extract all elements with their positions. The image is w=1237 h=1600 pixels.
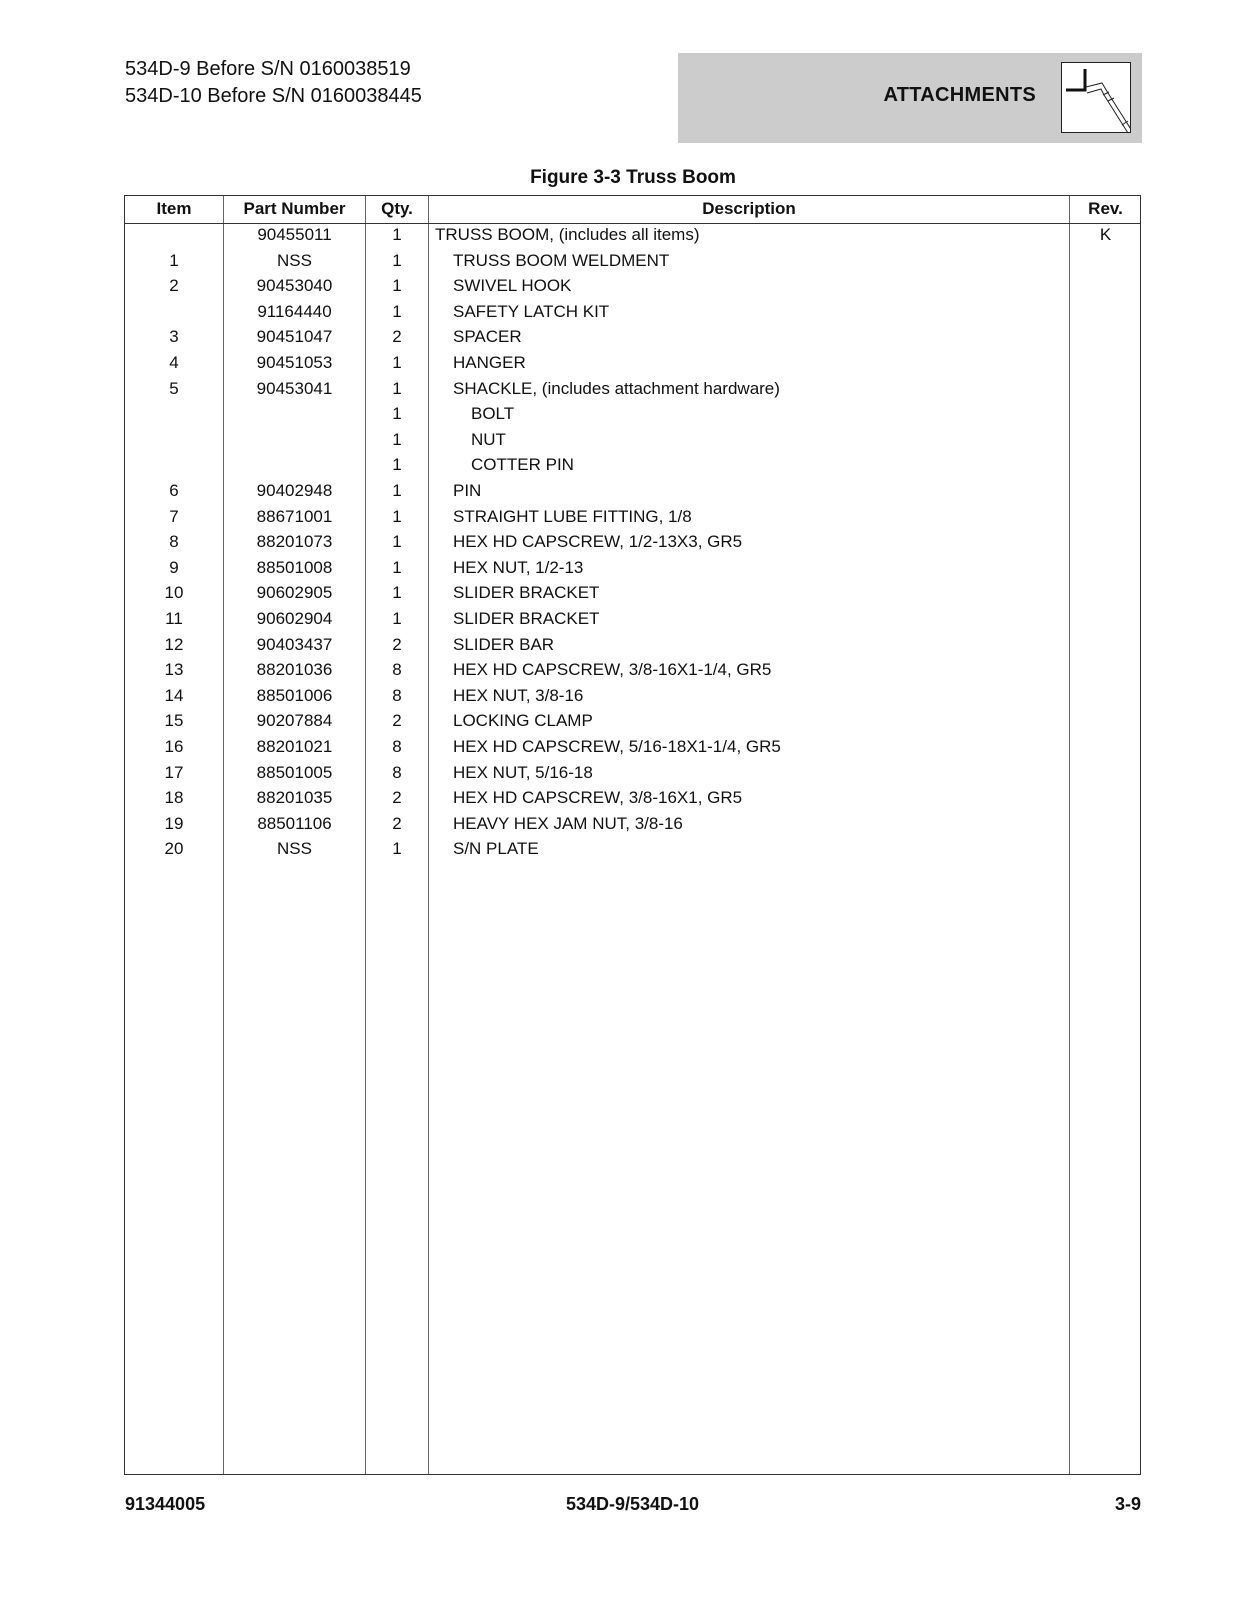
section-banner: ATTACHMENTS — [678, 53, 1142, 143]
quantity: 1 — [366, 276, 428, 296]
table-row: 12904034372SLIDER BAR — [125, 634, 1140, 660]
item-number: 8 — [125, 532, 223, 552]
description: PIN — [453, 481, 481, 501]
description: TRUSS BOOM, (includes all items) — [435, 225, 700, 245]
description: SLIDER BRACKET — [453, 583, 599, 603]
table-row: 17885010058HEX NUT, 5/16-18 — [125, 762, 1140, 788]
section-title: ATTACHMENTS — [883, 84, 1036, 107]
table-row: 15902078842LOCKING CLAMP — [125, 710, 1140, 736]
description: HEX NUT, 3/8-16 — [453, 686, 583, 706]
description: HEX NUT, 1/2-13 — [453, 558, 583, 578]
table-row: 1COTTER PIN — [125, 454, 1140, 480]
table-row: 20NSS1S/N PLATE — [125, 838, 1140, 864]
part-number: 90602905 — [224, 583, 365, 603]
table-row: 1NSS1TRUSS BOOM WELDMENT — [125, 250, 1140, 276]
part-number: 90207884 — [224, 711, 365, 731]
item-number: 18 — [125, 788, 223, 808]
part-number: NSS — [224, 839, 365, 859]
quantity: 1 — [366, 839, 428, 859]
item-number: 17 — [125, 763, 223, 783]
item-number: 15 — [125, 711, 223, 731]
description: HANGER — [453, 353, 526, 373]
item-number: 6 — [125, 481, 223, 501]
part-number: 90403437 — [224, 635, 365, 655]
item-number: 19 — [125, 814, 223, 834]
item-number: 11 — [125, 609, 223, 629]
part-number: 88201036 — [224, 660, 365, 680]
header-rev: Rev. — [1070, 199, 1141, 219]
description: COTTER PIN — [471, 455, 574, 475]
part-number: 88501006 — [224, 686, 365, 706]
description: SWIVEL HOOK — [453, 276, 571, 296]
quantity: 1 — [366, 481, 428, 501]
quantity: 2 — [366, 327, 428, 347]
item-number: 14 — [125, 686, 223, 706]
quantity: 2 — [366, 814, 428, 834]
item-number: 12 — [125, 635, 223, 655]
quantity: 1 — [366, 225, 428, 245]
quantity: 2 — [366, 635, 428, 655]
item-number: 3 — [125, 327, 223, 347]
item-number: 1 — [125, 251, 223, 271]
table-row: 4904510531HANGER — [125, 352, 1140, 378]
table-row: 14885010068HEX NUT, 3/8-16 — [125, 685, 1140, 711]
parts-table: Item Part Number Qty. Description Rev. 9… — [124, 195, 1141, 1475]
item-number: 2 — [125, 276, 223, 296]
revision: K — [1070, 225, 1141, 245]
quantity: 1 — [366, 302, 428, 322]
part-number: 90602904 — [224, 609, 365, 629]
part-number: 90451047 — [224, 327, 365, 347]
item-number: 20 — [125, 839, 223, 859]
part-number: 88201021 — [224, 737, 365, 757]
table-header: Item Part Number Qty. Description Rev. — [125, 196, 1140, 224]
description: HEAVY HEX JAM NUT, 3/8-16 — [453, 814, 683, 834]
item-number: 13 — [125, 660, 223, 680]
header-description: Description — [429, 199, 1069, 219]
quantity: 8 — [366, 737, 428, 757]
part-number: 88201073 — [224, 532, 365, 552]
quantity: 8 — [366, 686, 428, 706]
table-row: 1BOLT — [125, 403, 1140, 429]
quantity: 1 — [366, 507, 428, 527]
table-row: 3904510472SPACER — [125, 326, 1140, 352]
description: HEX HD CAPSCREW, 3/8-16X1-1/4, GR5 — [453, 660, 771, 680]
table-row: 7886710011STRAIGHT LUBE FITTING, 1/8 — [125, 506, 1140, 532]
part-number: 88671001 — [224, 507, 365, 527]
part-number: NSS — [224, 251, 365, 271]
description: HEX NUT, 5/16-18 — [453, 763, 593, 783]
figure-title: Figure 3-3 Truss Boom — [125, 167, 1141, 189]
table-row: 9885010081HEX NUT, 1/2-13 — [125, 557, 1140, 583]
description: LOCKING CLAMP — [453, 711, 593, 731]
model-serial-info: 534D-9 Before S/N 0160038519 534D-10 Bef… — [125, 56, 422, 110]
table-row: 6904029481PIN — [125, 480, 1140, 506]
quantity: 8 — [366, 660, 428, 680]
table-row: 5904530411SHACKLE, (includes attachment … — [125, 378, 1140, 404]
part-number: 90402948 — [224, 481, 365, 501]
description: STRAIGHT LUBE FITTING, 1/8 — [453, 507, 692, 527]
quantity: 2 — [366, 788, 428, 808]
truss-boom-attachment-icon — [1061, 62, 1131, 133]
part-number: 88201035 — [224, 788, 365, 808]
quantity: 1 — [366, 430, 428, 450]
description: HEX HD CAPSCREW, 5/16-18X1-1/4, GR5 — [453, 737, 781, 757]
part-number: 88501008 — [224, 558, 365, 578]
quantity: 2 — [366, 711, 428, 731]
description: TRUSS BOOM WELDMENT — [453, 251, 669, 271]
quantity: 1 — [366, 455, 428, 475]
item-number: 10 — [125, 583, 223, 603]
description: SPACER — [453, 327, 522, 347]
header-item: Item — [125, 199, 223, 219]
item-number: 16 — [125, 737, 223, 757]
footer-page-number: 3-9 — [1115, 1494, 1141, 1515]
part-number: 88501106 — [224, 814, 365, 834]
table-row: 13882010368HEX HD CAPSCREW, 3/8-16X1-1/4… — [125, 659, 1140, 685]
quantity: 1 — [366, 583, 428, 603]
quantity: 1 — [366, 404, 428, 424]
table-row: 16882010218HEX HD CAPSCREW, 5/16-18X1-1/… — [125, 736, 1140, 762]
part-number: 90453040 — [224, 276, 365, 296]
item-number: 9 — [125, 558, 223, 578]
quantity: 1 — [366, 353, 428, 373]
table-row: 19885011062HEAVY HEX JAM NUT, 3/8-16 — [125, 813, 1140, 839]
description: SLIDER BAR — [453, 635, 554, 655]
description: SLIDER BRACKET — [453, 609, 599, 629]
description: HEX HD CAPSCREW, 3/8-16X1, GR5 — [453, 788, 742, 808]
part-number: 88501005 — [224, 763, 365, 783]
description: NUT — [471, 430, 506, 450]
item-number: 4 — [125, 353, 223, 373]
table-row: 18882010352HEX HD CAPSCREW, 3/8-16X1, GR… — [125, 787, 1140, 813]
description: HEX HD CAPSCREW, 1/2-13X3, GR5 — [453, 532, 742, 552]
table-row: 904550111TRUSS BOOM, (includes all items… — [125, 224, 1140, 250]
part-number: 90455011 — [224, 225, 365, 245]
quantity: 1 — [366, 379, 428, 399]
part-number: 90451053 — [224, 353, 365, 373]
part-number: 90453041 — [224, 379, 365, 399]
part-number: 91164440 — [224, 302, 365, 322]
description: S/N PLATE — [453, 839, 539, 859]
description: BOLT — [471, 404, 514, 424]
quantity: 1 — [366, 532, 428, 552]
model-line-2: 534D-10 Before S/N 0160038445 — [125, 83, 422, 110]
footer-models: 534D-9/534D-10 — [0, 1494, 1237, 1515]
table-row: 911644401SAFETY LATCH KIT — [125, 301, 1140, 327]
description: SHACKLE, (includes attachment hardware) — [453, 379, 780, 399]
header-qty: Qty. — [366, 199, 428, 219]
description: SAFETY LATCH KIT — [453, 302, 609, 322]
table-row: 2904530401SWIVEL HOOK — [125, 275, 1140, 301]
quantity: 8 — [366, 763, 428, 783]
table-row: 1NUT — [125, 429, 1140, 455]
table-row: 11906029041SLIDER BRACKET — [125, 608, 1140, 634]
quantity: 1 — [366, 609, 428, 629]
table-row: 8882010731HEX HD CAPSCREW, 1/2-13X3, GR5 — [125, 531, 1140, 557]
item-number: 7 — [125, 507, 223, 527]
item-number: 5 — [125, 379, 223, 399]
quantity: 1 — [366, 251, 428, 271]
quantity: 1 — [366, 558, 428, 578]
model-line-1: 534D-9 Before S/N 0160038519 — [125, 56, 422, 83]
table-row: 10906029051SLIDER BRACKET — [125, 582, 1140, 608]
header-part-number: Part Number — [224, 199, 365, 219]
